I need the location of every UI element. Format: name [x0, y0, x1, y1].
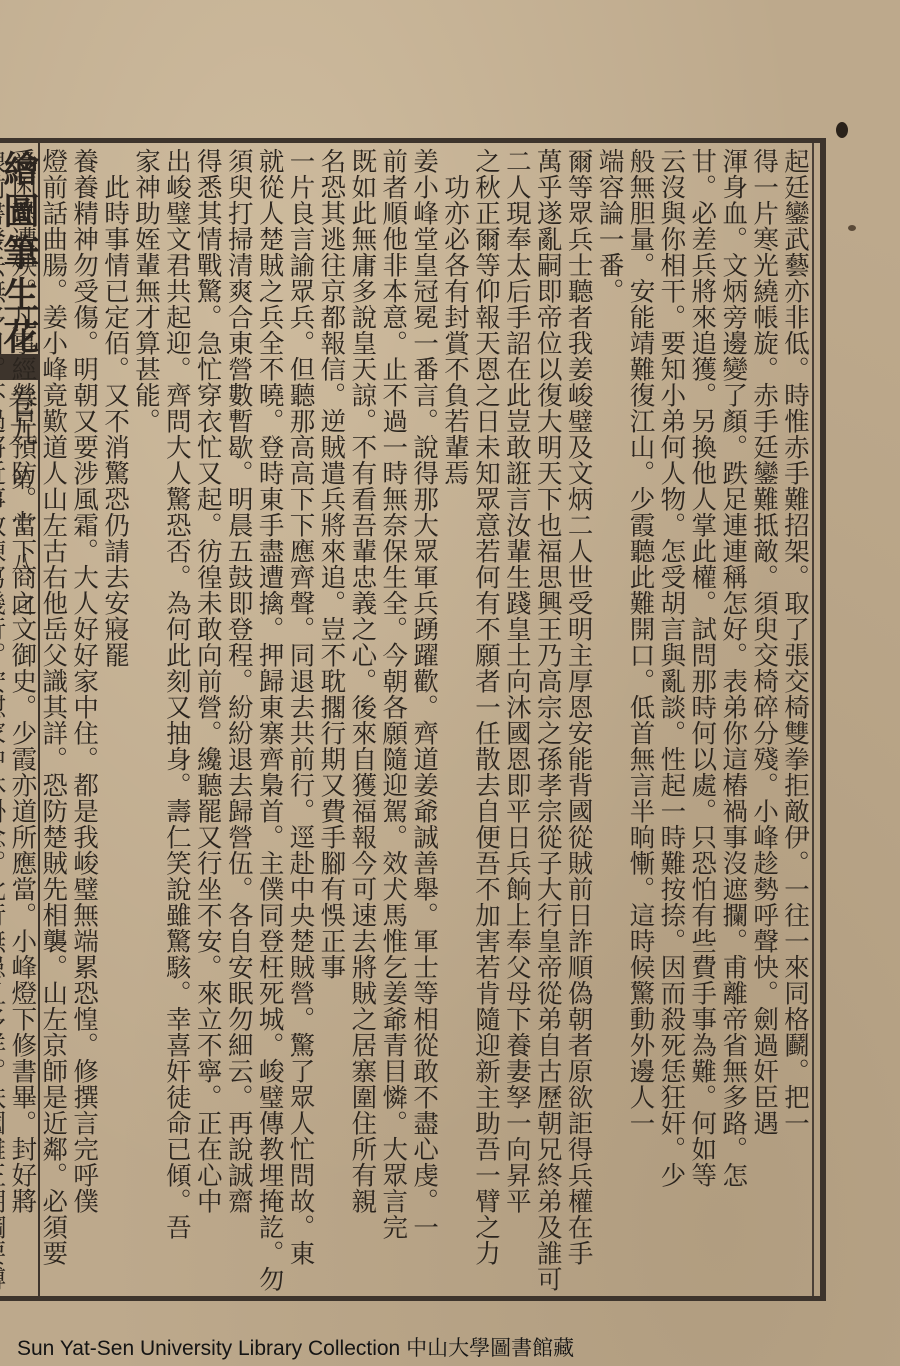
page-border-inner-line — [812, 143, 814, 1296]
text-column: 名恐其逃往京都報信。逆賊遣兵將來追。豈不耽擱行期又費手腳有悞正事 — [316, 148, 347, 1293]
text-column: 就從人楚賊之兵全不曉。登時東手盡遭擒。押歸東寨齊梟首。主僕同登枉死城。峻璧傳教埋… — [254, 148, 285, 1293]
text-column: 功亦必各有封賞不負若輩焉 — [439, 148, 470, 1293]
text-column: 此時事情已定佰。又不消驚恐仍請去安寢罷 — [99, 148, 130, 1293]
text-column: 端容論一番。 — [594, 148, 625, 1293]
text-column: 一片良言諭眾兵。但聽那高高下下應齊聲。同退去共前行。逕赴中央楚賊營。驚了眾人忙問… — [285, 148, 316, 1293]
library-collection-caption: Sun Yat-Sen University Library Collectio… — [0, 1334, 900, 1364]
text-column: 起廷鑾武藝亦非低。時惟赤手難招架。取了張交椅雙拳拒敵伊。一往一來同格鬬。把一 — [779, 148, 810, 1293]
page-border-bottom — [0, 1296, 825, 1301]
text-column: 之秋正爾等仰報天恩之日未知眾意若何有不願者一任散去自便吾不加害若肯隨迎新主助吾一… — [470, 148, 501, 1293]
text-column: 甘。必差兵將來追獲。另換他人掌此權。試問那時何以處。只恐怕有些費手事為難。何如等 — [686, 148, 717, 1293]
page-border-top — [0, 138, 825, 143]
ink-stain — [836, 122, 848, 138]
text-column: 渾身血。文炳旁邊變了顏。跌足連連稱怎好。表弟你這樁禍事沒遮攔。甫離帝省無多路。怎 — [717, 148, 748, 1293]
text-column: 出峻璧文君共起迎。齊問大人驚恐否。為何此刻又抽身。壽仁笑說雖驚駭。幸喜奸徒命已傾… — [161, 148, 192, 1293]
paper-blemish — [848, 225, 856, 231]
main-text-body: 起廷鑾武藝亦非低。時惟赤手難招架。取了張交椅雙拳拒敵伊。一往一來同格鬬。把一 得… — [42, 148, 810, 1293]
text-column: 既如此無庸多說皇天諒。不有看吾輩忠義之心。後來自獲福報今可速去將賊之居寨圍住所有… — [346, 148, 377, 1293]
text-column: 得一片寒光繞帳旋。赤手廷鑾難抵敵。須臾交椅碎分殘。小峰趁勢呼聲快。劍過奸臣遇 — [748, 148, 779, 1293]
text-column: 般無胆量。安能靖難復江山。少霞聽此難開口。低首無言半晌慚。這時候驚動外邊人一 — [625, 148, 656, 1293]
text-column: 姜小峰堂皇冠冕一番言。說得那大眾軍兵踴躍歡。齊道姜爺誠善舉。軍士等相從敢不盡心虔… — [408, 148, 439, 1293]
text-column: 得悉其情戰驚。急忙穿衣忙又起。彷徨未敢向前營。纔聽罷又行坐不安。來立不寧。正在心… — [192, 148, 223, 1293]
text-column: 娘前書發去無多日。不過將近事教陳寫幾行。安慰家中休掛念。此行無患且多祥。扶國難正… — [0, 148, 6, 1293]
text-column: 萬乎遂亂嗣即帝位以復大明天下也福思興王乃高宗之孫孝宗從子大行皇帝從弟自古歷朝兄終… — [532, 148, 563, 1293]
text-column: 云沒與你相干。要知小弟何人物。怎受胡言與亂談。性起一時難按捺。因而殺死恁狂奸。少 — [655, 148, 686, 1293]
text-column: 養養精神勿受傷。明朝又要涉風霜。大人好好家中住。都是我峻璧無端累恐惶。修撰言完呼… — [68, 148, 99, 1293]
text-column: 前者順他非本意。止不過一時無奈保生全。今朝各願隨迎駕。效犬馬惟乞姜爺青目憐。大眾… — [377, 148, 408, 1293]
page-border-right — [820, 138, 826, 1301]
text-column: 爾等眾兵士聽者我姜峻璧及文炳二人世受明主厚恩安能背國從賊前日詐順偽朝者原欲詎得兵… — [563, 148, 594, 1293]
text-column: 受困恐遭殃。凡事經營早預防。當下商之文御史。少霞亦道所應當。小峰燈下修書畢。封好… — [6, 148, 37, 1293]
text-column: 燈前話曲腸。姜小峰竟歎道人山左古右他岳父識其詳。恐防楚賊先相襲。山左京師是近鄰。… — [37, 148, 68, 1293]
text-column: 須臾打掃清爽合東營數暫歇。明晨五鼓即登程。紛紛退去歸營伍。各自安眠勿細云。再說誠… — [223, 148, 254, 1293]
text-column: 二人現奉太后手詔在此豈敢誑言汝輩生踐皇土向沐國恩即平日兵餉上奉父母下養妻孥一向昇… — [501, 148, 532, 1293]
text-column: 家神助姪輩無才算甚能。 — [130, 148, 161, 1293]
